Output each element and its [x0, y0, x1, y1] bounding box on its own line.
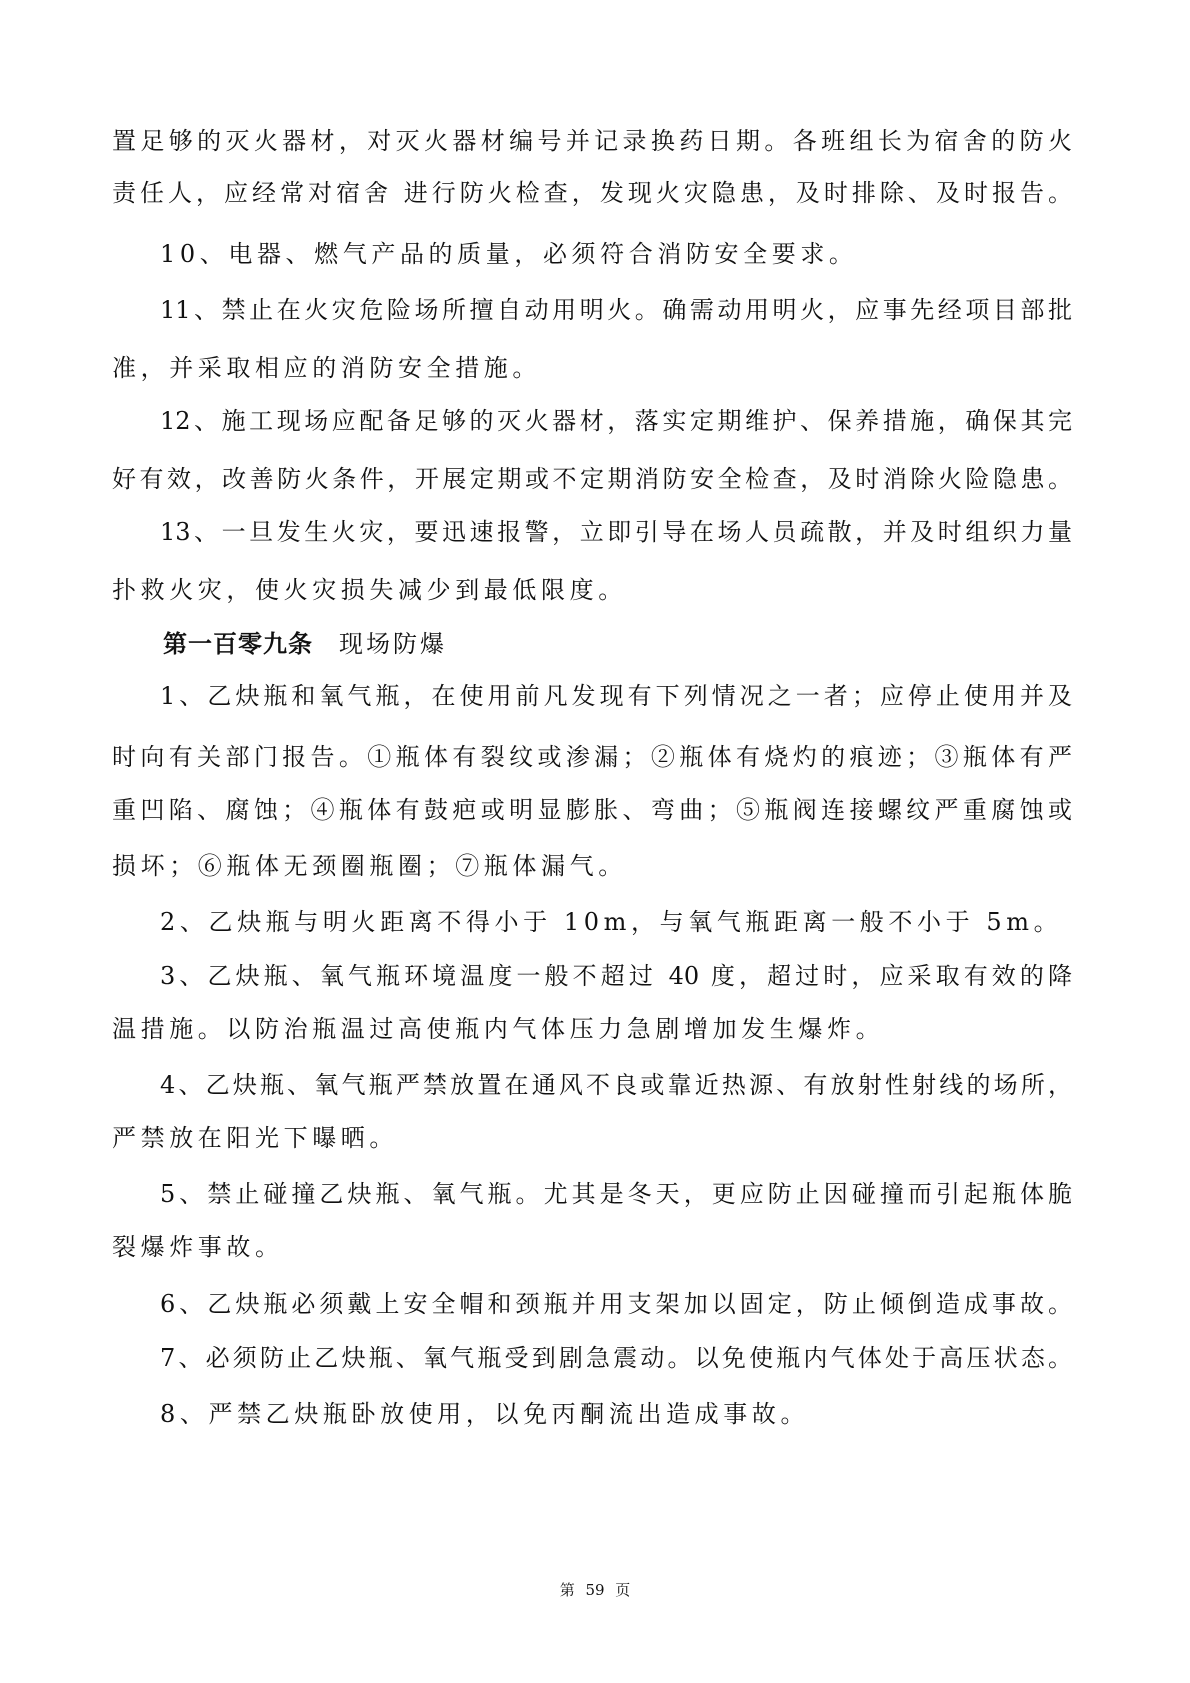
text-line: 严禁放在阳光下曝晒。 — [112, 1118, 1072, 1158]
document-page: 置足够的灭火器材，对灭火器材编号并记录换药日期。各班组长为宿舍的防火 责任人，应… — [0, 0, 1190, 1683]
text-line: 2、乙炔瓶与明火距离不得小于 10m，与氧气瓶距离一般不小于 5m。 — [160, 902, 1072, 942]
text-line: 5、禁止碰撞乙炔瓶、氧气瓶。尤其是冬天，更应防止因碰撞而引起瓶体脆 — [160, 1174, 1072, 1214]
text-line: 8、严禁乙炔瓶卧放使用，以免丙酮流出造成事故。 — [160, 1394, 1072, 1434]
page-number: 第 59 页 — [0, 1578, 1190, 1602]
text-line: 6、乙炔瓶必须戴上安全帽和颈瓶并用支架加以固定，防止倾倒造成事故。 — [160, 1284, 1072, 1324]
text-line: 4、乙炔瓶、氧气瓶严禁放置在通风不良或靠近热源、有放射性射线的场所， — [160, 1065, 1072, 1105]
article-number: 第一百零九条 — [163, 630, 313, 658]
article-title: 现场防爆 — [339, 630, 447, 658]
text-line: 13、一旦发生火灾，要迅速报警，立即引导在场人员疏散，并及时组织力量 — [160, 512, 1072, 552]
text-line: 置足够的灭火器材，对灭火器材编号并记录换药日期。各班组长为宿舍的防火 — [112, 121, 1072, 161]
text-line: 7、必须防止乙炔瓶、氧气瓶受到剧急震动。以免使瓶内气体处于高压状态。 — [160, 1338, 1072, 1378]
text-line: 12、施工现场应配备足够的灭火器材，落实定期维护、保养措施，确保其完 — [160, 401, 1072, 441]
text-line: 准，并采取相应的消防安全措施。 — [112, 348, 1072, 388]
text-line: 好有效，改善防火条件，开展定期或不定期消防安全检查，及时消除火险隐患。 — [112, 459, 1072, 499]
text-line: 温措施。以防治瓶温过高使瓶内气体压力急剧增加发生爆炸。 — [112, 1009, 1072, 1049]
text-line: 11、禁止在火灾危险场所擅自动用明火。确需动用明火，应事先经项目部批 — [160, 290, 1072, 330]
text-line: 3、乙炔瓶、氧气瓶环境温度一般不超过 40 度，超过时，应采取有效的降 — [160, 956, 1072, 996]
text-line: 损坏；⑥瓶体无颈圈瓶圈；⑦瓶体漏气。 — [112, 846, 1072, 886]
text-line: 1、乙炔瓶和氧气瓶，在使用前凡发现有下列情况之一者；应停止使用并及 — [160, 676, 1072, 716]
text-line: 时向有关部门报告。①瓶体有裂纹或渗漏；②瓶体有烧灼的痕迹；③瓶体有严 — [112, 737, 1072, 777]
text-line: 裂爆炸事故。 — [112, 1227, 1072, 1267]
text-line: 扑救火灾，使火灾损失减少到最低限度。 — [112, 570, 1072, 610]
article-heading: 第一百零九条现场防爆 — [163, 624, 447, 664]
text-line: 10、电器、燃气产品的质量，必须符合消防安全要求。 — [160, 234, 1072, 274]
text-line: 责任人，应经常对宿舍 进行防火检查，发现火灾隐患，及时排除、及时报告。 — [112, 173, 1072, 213]
text-line: 重凹陷、腐蚀；④瓶体有鼓疤或明显膨胀、弯曲；⑤瓶阀连接螺纹严重腐蚀或 — [112, 790, 1072, 830]
